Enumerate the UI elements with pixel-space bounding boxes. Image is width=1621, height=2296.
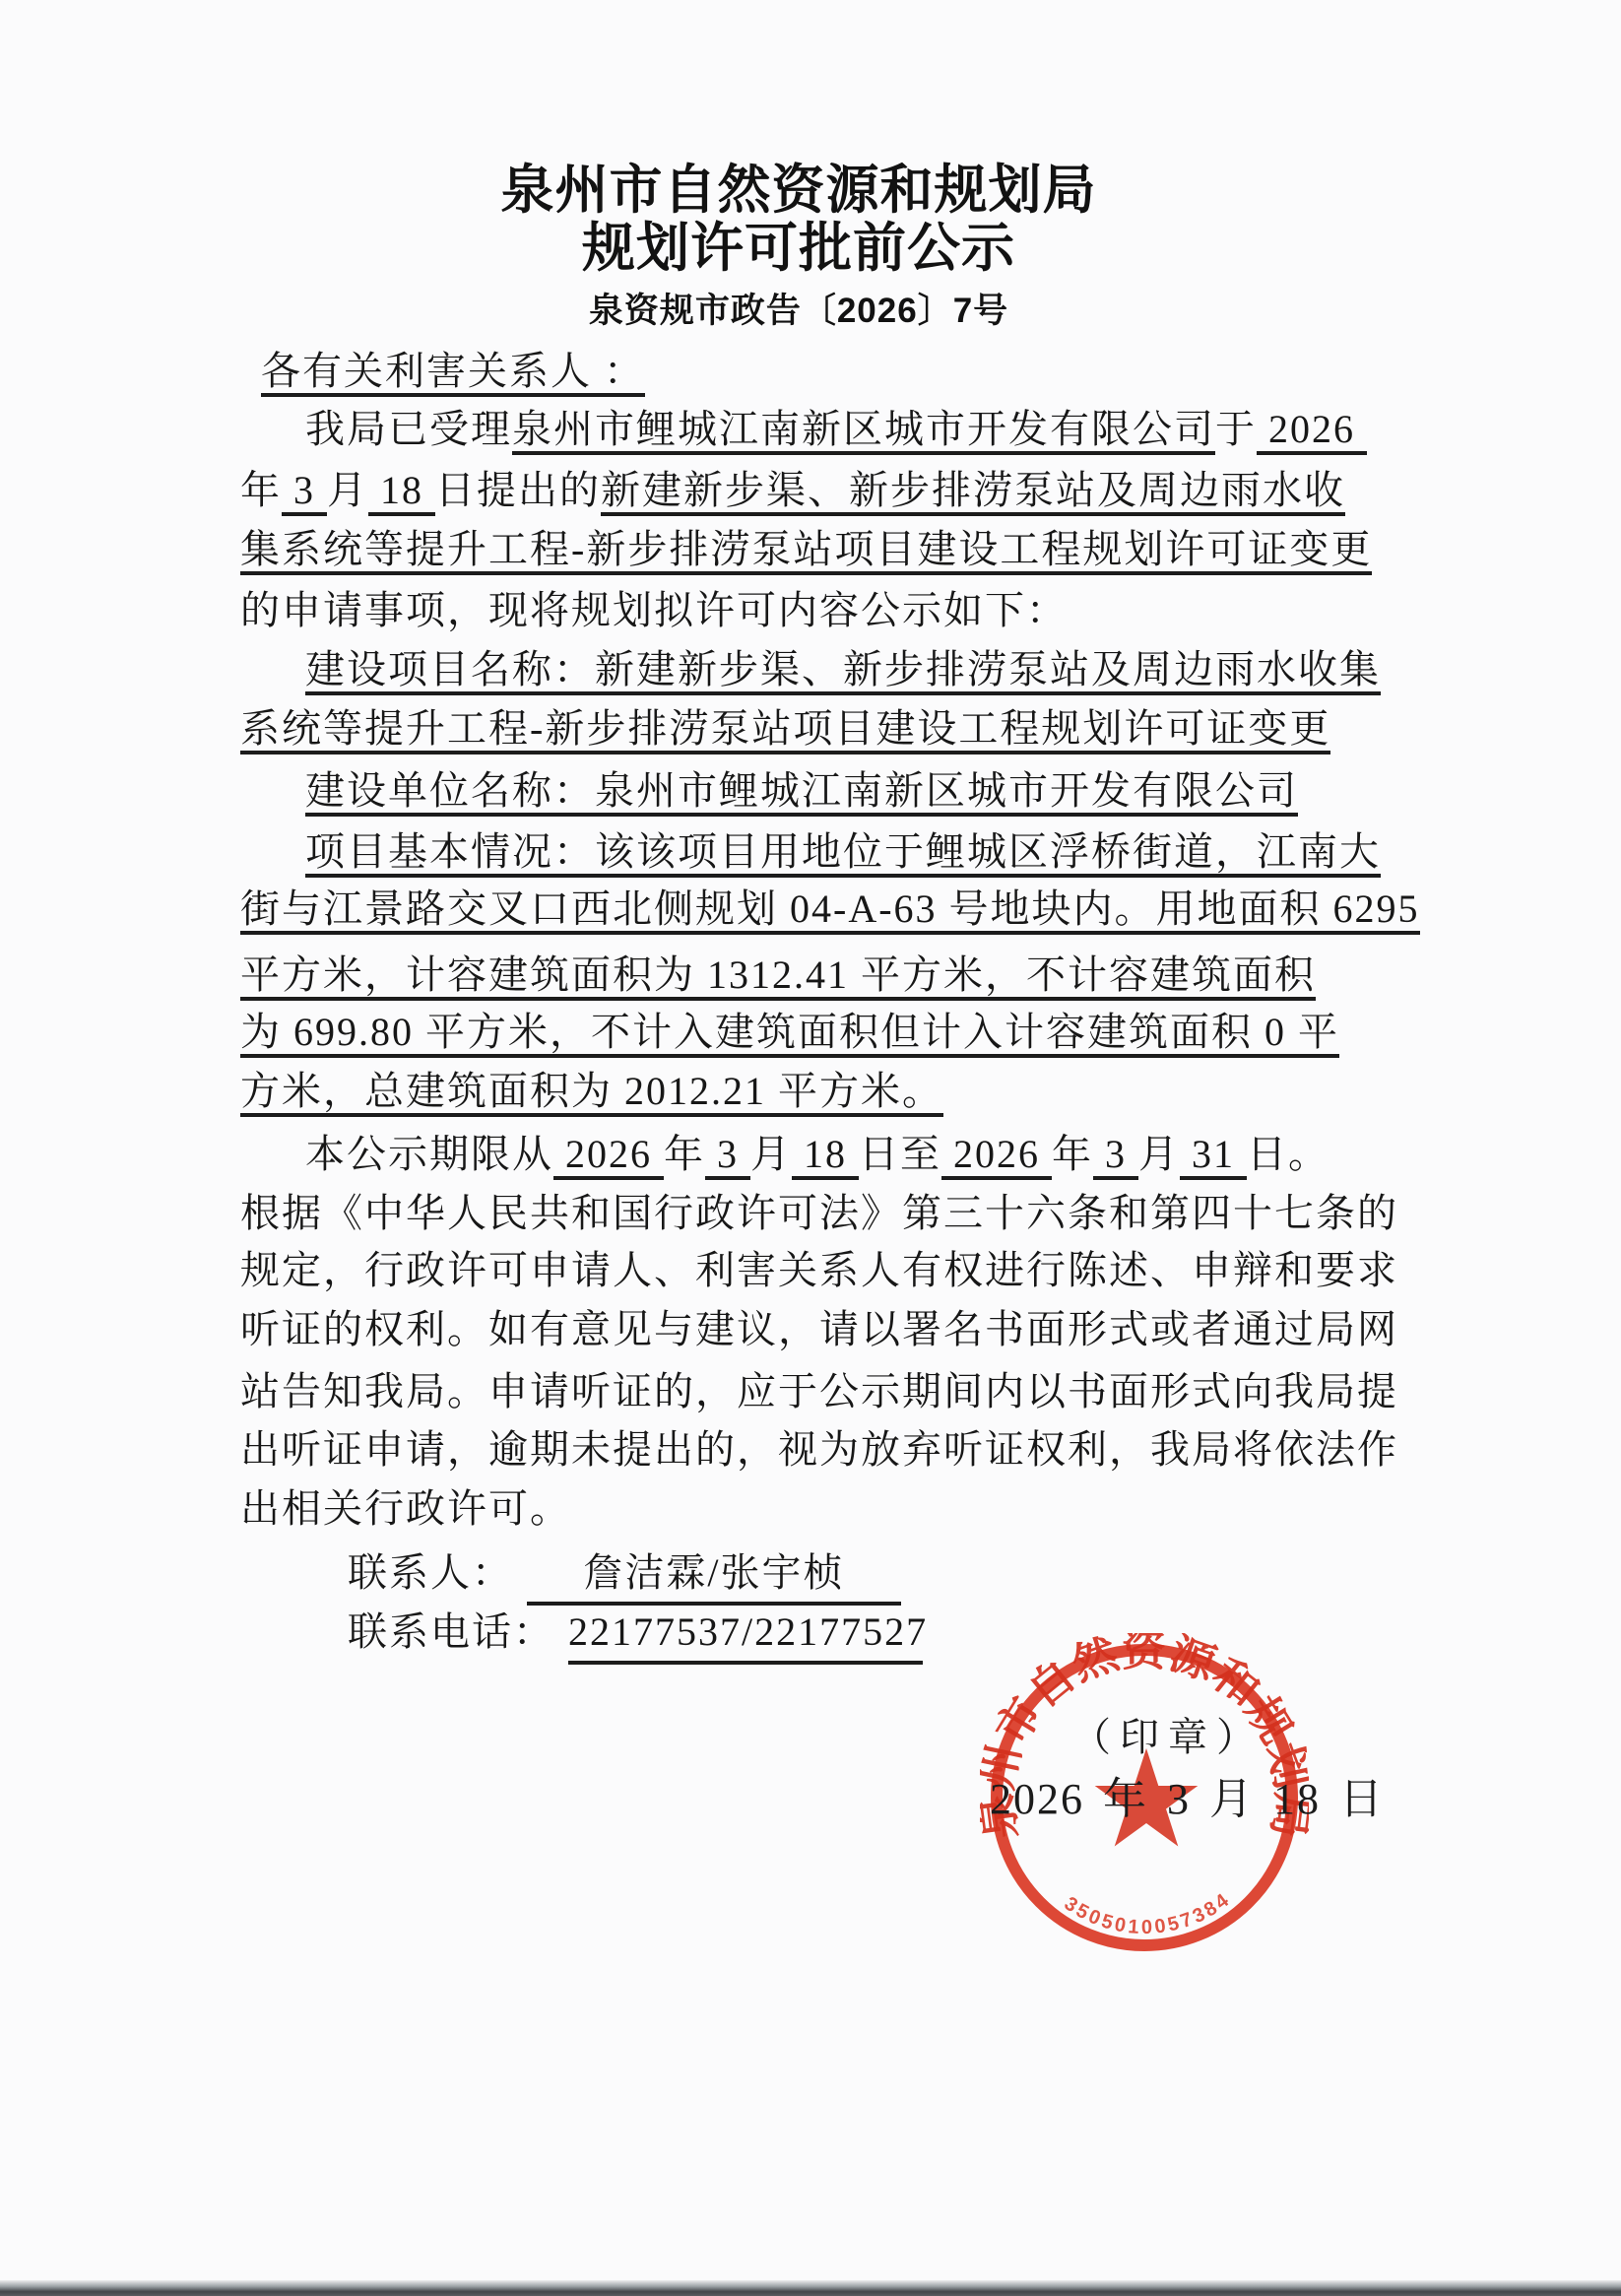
document-title-line2: 规划许可批前公示	[240, 216, 1357, 281]
underlined-text: 詹洁霖/张宇桢	[527, 1544, 901, 1606]
text-run: 站告知我局。申请听证的，应于公示期间内以书面形式向我局提	[240, 1369, 1398, 1413]
text-run: 联系人：	[348, 1550, 513, 1595]
underlined-text: 泉州市鲤城江南新区城市开发有限公司	[512, 407, 1215, 455]
document-line: 为 699.80 平方米，不计入建筑面积但计入计容建筑面积 0 平	[240, 1004, 1357, 1061]
text-run: 日至	[859, 1132, 941, 1176]
underlined-text: 集系统等提升工程-新步排涝泵站项目建设工程规划许可证变更	[240, 527, 1372, 575]
document-line: 本公示期限从 2026 年 3 月 18 日至 2026 年 3 月 31 日。	[240, 1126, 1422, 1183]
underlined-text: 平方米，计容建筑面积为 1312.41 平方米，不计容建筑面积	[240, 952, 1316, 1001]
document-line: 出相关行政许可。	[240, 1480, 1357, 1538]
document-line: 项目基本情况：该该项目用地位于鲤城区浮桥街道，江南大	[240, 823, 1422, 881]
text-run: 月	[327, 468, 368, 512]
scan-bottom-edge	[0, 2280, 1621, 2296]
text-run: 联系电话：	[348, 1609, 554, 1654]
underlined-text: 31	[1180, 1132, 1247, 1180]
underlined-text: 各有关利害关系人 ：	[261, 349, 645, 397]
text-run: 月	[750, 1132, 792, 1176]
underlined-text: 18	[368, 468, 435, 516]
underlined-text: 3	[282, 468, 327, 516]
underlined-text: 18	[792, 1132, 859, 1180]
document-line: 根据《中华人民共和国行政许可法》第三十六条和第四十七条的	[240, 1185, 1357, 1242]
underlined-text: 建设项目名称：新建新步渠、新步排涝泵站及周边雨水收集	[305, 647, 1381, 695]
document-line: 站告知我局。申请听证的，应于公示期间内以书面形式向我局提	[240, 1363, 1357, 1420]
text-run: 的申请事项，现将规划拟许可内容公示如下：	[240, 588, 1068, 632]
document-line: 系统等提升工程-新步排涝泵站项目建设工程规划许可证变更	[240, 700, 1357, 757]
underlined-text: 系统等提升工程-新步排涝泵站项目建设工程规划许可证变更	[240, 706, 1330, 754]
text-run: 听证的权利。如有意见与建议，请以署名书面形式或者通过局网	[240, 1307, 1398, 1351]
document-line: 集系统等提升工程-新步排涝泵站项目建设工程规划许可证变更	[240, 521, 1357, 578]
underlined-text: 3	[705, 1132, 750, 1180]
underlined-text: 街与江景路交叉口西北侧规划 04-A-63 号地块内。用地面积 6295	[240, 886, 1420, 935]
text-run: 我局已受理	[305, 407, 512, 451]
underlined-text: 方米，总建筑面积为 2012.21 平方米。	[240, 1069, 943, 1117]
seal-date: 2026 年 3 月 18 日	[990, 1772, 1325, 1827]
text-run: 本公示期限从	[305, 1132, 553, 1176]
underlined-text: 22177537/22177527	[568, 1604, 923, 1665]
text-run: 日。	[1247, 1132, 1329, 1176]
underlined-text: 建设单位名称：泉州市鲤城江南新区城市开发有限公司	[305, 768, 1298, 817]
underlined-text: 3	[1093, 1132, 1138, 1180]
text-run: 月	[1138, 1132, 1180, 1176]
text-run: 年	[1052, 1132, 1093, 1176]
underlined-text: 2026	[1257, 407, 1367, 455]
underlined-text: 项目基本情况：该该项目用地位于鲤城区浮桥街道，江南大	[305, 829, 1381, 878]
text-run: 日提出的	[435, 468, 601, 512]
document-line: 联系人：詹洁霖/张宇桢	[240, 1544, 1464, 1602]
underlined-text: 2026	[941, 1132, 1052, 1180]
text-run: 出相关行政许可。	[240, 1486, 571, 1531]
text-run: 出听证申请，逾期未提出的，视为放弃听证权利，我局将依法作	[240, 1427, 1398, 1472]
document-line: 方米，总建筑面积为 2012.21 平方米。	[240, 1063, 1357, 1120]
document-line: 的申请事项，现将规划拟许可内容公示如下：	[240, 582, 1357, 639]
document-line: 我局已受理泉州市鲤城江南新区城市开发有限公司于 2026	[240, 401, 1422, 458]
notice-document-page: 泉州市自然资源和规划局 规划许可批前公示 泉资规市政告〔2026〕7号 各有关利…	[0, 0, 1621, 2296]
underlined-text: 新建新步渠、新步排涝泵站及周边雨水收	[601, 468, 1345, 516]
document-line: 年 3 月 18 日提出的新建新步渠、新步排涝泵站及周边雨水收	[240, 462, 1357, 519]
seal-placeholder-label: （印章）	[1071, 1712, 1249, 1763]
document-title-line1: 泉州市自然资源和规划局	[240, 158, 1357, 223]
text-run: 年	[240, 468, 282, 512]
document-line: 规定，行政许可申请人、利害关系人有权进行陈述、申辩和要求	[240, 1242, 1357, 1299]
document-line: 各有关利害关系人 ：	[240, 343, 1378, 400]
document-line: 平方米，计容建筑面积为 1312.41 平方米，不计容建筑面积	[240, 947, 1357, 1004]
underlined-text: 2026	[553, 1132, 664, 1180]
text-run: 年	[664, 1132, 705, 1176]
text-run: 根据《中华人民共和国行政许可法》第三十六条和第四十七条的	[240, 1191, 1398, 1235]
document-line: 建设项目名称：新建新步渠、新步排涝泵站及周边雨水收集	[240, 641, 1422, 698]
document-line: 建设单位名称：泉州市鲤城江南新区城市开发有限公司	[240, 762, 1422, 820]
document-line: 街与江景路交叉口西北侧规划 04-A-63 号地块内。用地面积 6295	[240, 881, 1357, 938]
text-run: 规定，行政许可申请人、利害关系人有权进行陈述、申辩和要求	[240, 1248, 1398, 1292]
document-number: 泉资规市政告〔2026〕7号	[240, 287, 1357, 336]
document-line: 出听证申请，逾期未提出的，视为放弃听证权利，我局将依法作	[240, 1421, 1357, 1478]
text-run: 于	[1215, 407, 1257, 451]
document-line: 听证的权利。如有意见与建议，请以署名书面形式或者通过局网	[240, 1301, 1357, 1358]
underlined-text: 为 699.80 平方米，不计入建筑面积但计入计容建筑面积 0 平	[240, 1010, 1339, 1058]
